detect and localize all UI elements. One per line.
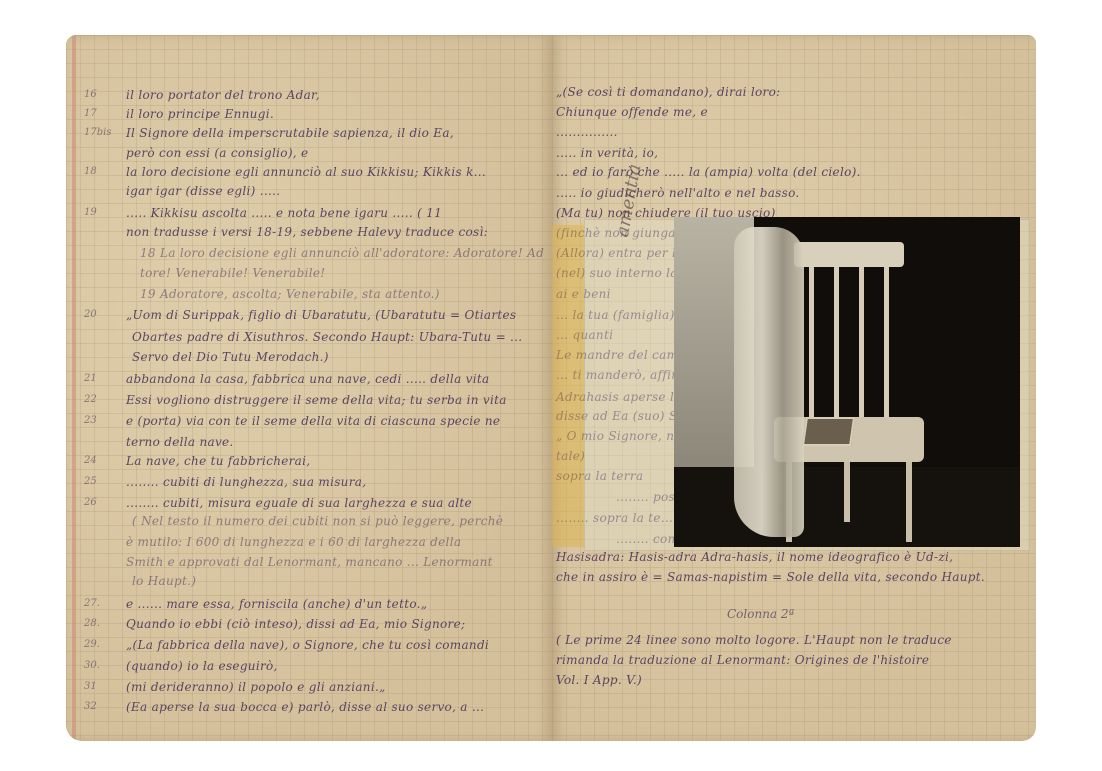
line-number: 25 [84,476,97,487]
manuscript-line: ..... Kikkisu ascolta ..... e nota bene … [126,206,442,220]
collaged-photograph [674,217,1020,547]
manuscript-line: Hasisadra: Hasis-adra Adra-hasis, il nom… [556,550,953,564]
chair-spindle [859,267,864,432]
manuscript-line: Quando io ebbi (ciò inteso), dissi ad Ea… [126,617,465,631]
footnote-line: rimanda la traduzione al Lenormant: Orig… [556,653,929,667]
manuscript-line: (quando) io la eseguirò, [126,659,278,673]
line-number: 24 [84,455,97,466]
chair-leg [906,462,912,542]
manuscript-line: il loro portator del trono Adar, [126,88,320,102]
chair-back-rail [794,242,904,267]
manuscript-line: però con essi (a consiglio), e [126,146,308,160]
draped-fabric [734,227,804,537]
line-number: 17bis [84,127,111,138]
manuscript-line: „(La fabbrica della nave), o Signore, ch… [126,638,489,652]
line-number: 18 [84,166,97,177]
line-number: 28. [84,618,100,629]
line-number: 26 [84,497,97,508]
manuscript-line: „Uom di Surippak, figlio di Ubaratutu, (… [126,308,516,322]
line-number: 30. [84,660,100,671]
manuscript-line: Il Signore della imperscrutabile sapienz… [126,126,454,140]
chair-spindle [809,267,814,432]
manuscript-line: la loro decisione egli annunciò al suo K… [126,165,486,179]
line-number: 27. [84,598,100,609]
line-number: 29. [84,639,100,650]
manuscript-line: Essi vogliono distruggere il seme della … [126,393,507,407]
manuscript-line: terno della nave. [126,435,234,449]
manuscript-line: ... ed io farò che ..... la (ampia) volt… [556,165,861,179]
column-heading: Colonna 2ª [727,607,794,621]
manuscript-line: ( Nel testo il numero dei cubiti non si … [132,514,503,528]
manuscript-line: è mutilo: I 600 di lunghezza e i 60 di l… [126,535,461,549]
manuscript-line: e ...... mare essa, forniscila (anche) d… [126,597,427,611]
line-number: 32 [84,701,97,712]
manuscript-line: ..... io giudicherò nell'alto e nel bass… [556,186,800,200]
manuscript-line: che in assiro è = Samas-napistim = Sole … [556,570,985,584]
manuscript-line: 19 Adoratore, ascolta; Venerabile, sta a… [140,287,440,301]
manuscript-line: „(Se così ti domandano), dirai loro: [556,85,780,99]
line-number: 19 [84,207,97,218]
line-number: 31 [84,681,97,692]
manuscript-line: il loro principe Ennugi. [126,107,274,121]
chair-leg [844,462,850,522]
manuscript-line: ........ cubiti, misura eguale di sua la… [126,496,472,510]
yellow-paper-strip [552,225,584,547]
manuscript-line: non tradusse i versi 18-19, sebbene Hale… [126,225,488,239]
manuscript-line: ............... [556,125,618,139]
left-page: 16il loro portator del trono Adar,17il l… [66,35,552,741]
chair-spindle [834,267,839,432]
manuscript-line: e (porta) via con te il seme della vita … [126,414,500,428]
manuscript-line: ..... in verità, io, [556,146,658,160]
chair-spindle [884,267,889,432]
manuscript-line: abbandona la casa, fabbrica una nave, ce… [126,372,489,386]
manuscript-line: lo Haupt.) [132,574,196,588]
manuscript-line: Servo del Dio Tutu Merodach.) [132,350,329,364]
open-notebook: 16il loro portator del trono Adar,17il l… [66,35,1036,741]
manuscript-line: igar igar (disse egli) ..... [126,184,280,198]
line-number: 22 [84,394,97,405]
line-number: 16 [84,89,97,100]
line-number: 21 [84,373,97,384]
manuscript-line: Chiunque offende me, e [556,105,708,119]
line-number: 20 [84,309,97,320]
manuscript-line: Obartes padre di Xisuthros. Secondo Haup… [132,330,522,344]
small-book [802,417,855,446]
right-page: „(Se così ti domandano), dirai loro:Chiu… [552,35,1036,741]
manuscript-line: (Ea aperse la sua bocca e) parlò, disse … [126,700,484,714]
manuscript-line: tore! Venerabile! Venerabile! [140,266,325,280]
manuscript-line: La nave, che tu fabbricherai, [126,454,310,468]
footnote-line: Vol. I App. V.) [556,673,642,687]
line-number: 23 [84,415,97,426]
manuscript-line: Smith e approvati dal Lenormant, mancano… [126,555,493,569]
footnote-line: ( Le prime 24 linee sono molto logore. L… [556,633,952,647]
manuscript-line: (mi derideranno) il popolo e gli anziani… [126,680,386,694]
manuscript-line: 18 La loro decisione egli annunciò all'a… [140,246,544,260]
line-number: 17 [84,108,97,119]
manuscript-line: ........ cubiti di lunghezza, sua misura… [126,475,366,489]
